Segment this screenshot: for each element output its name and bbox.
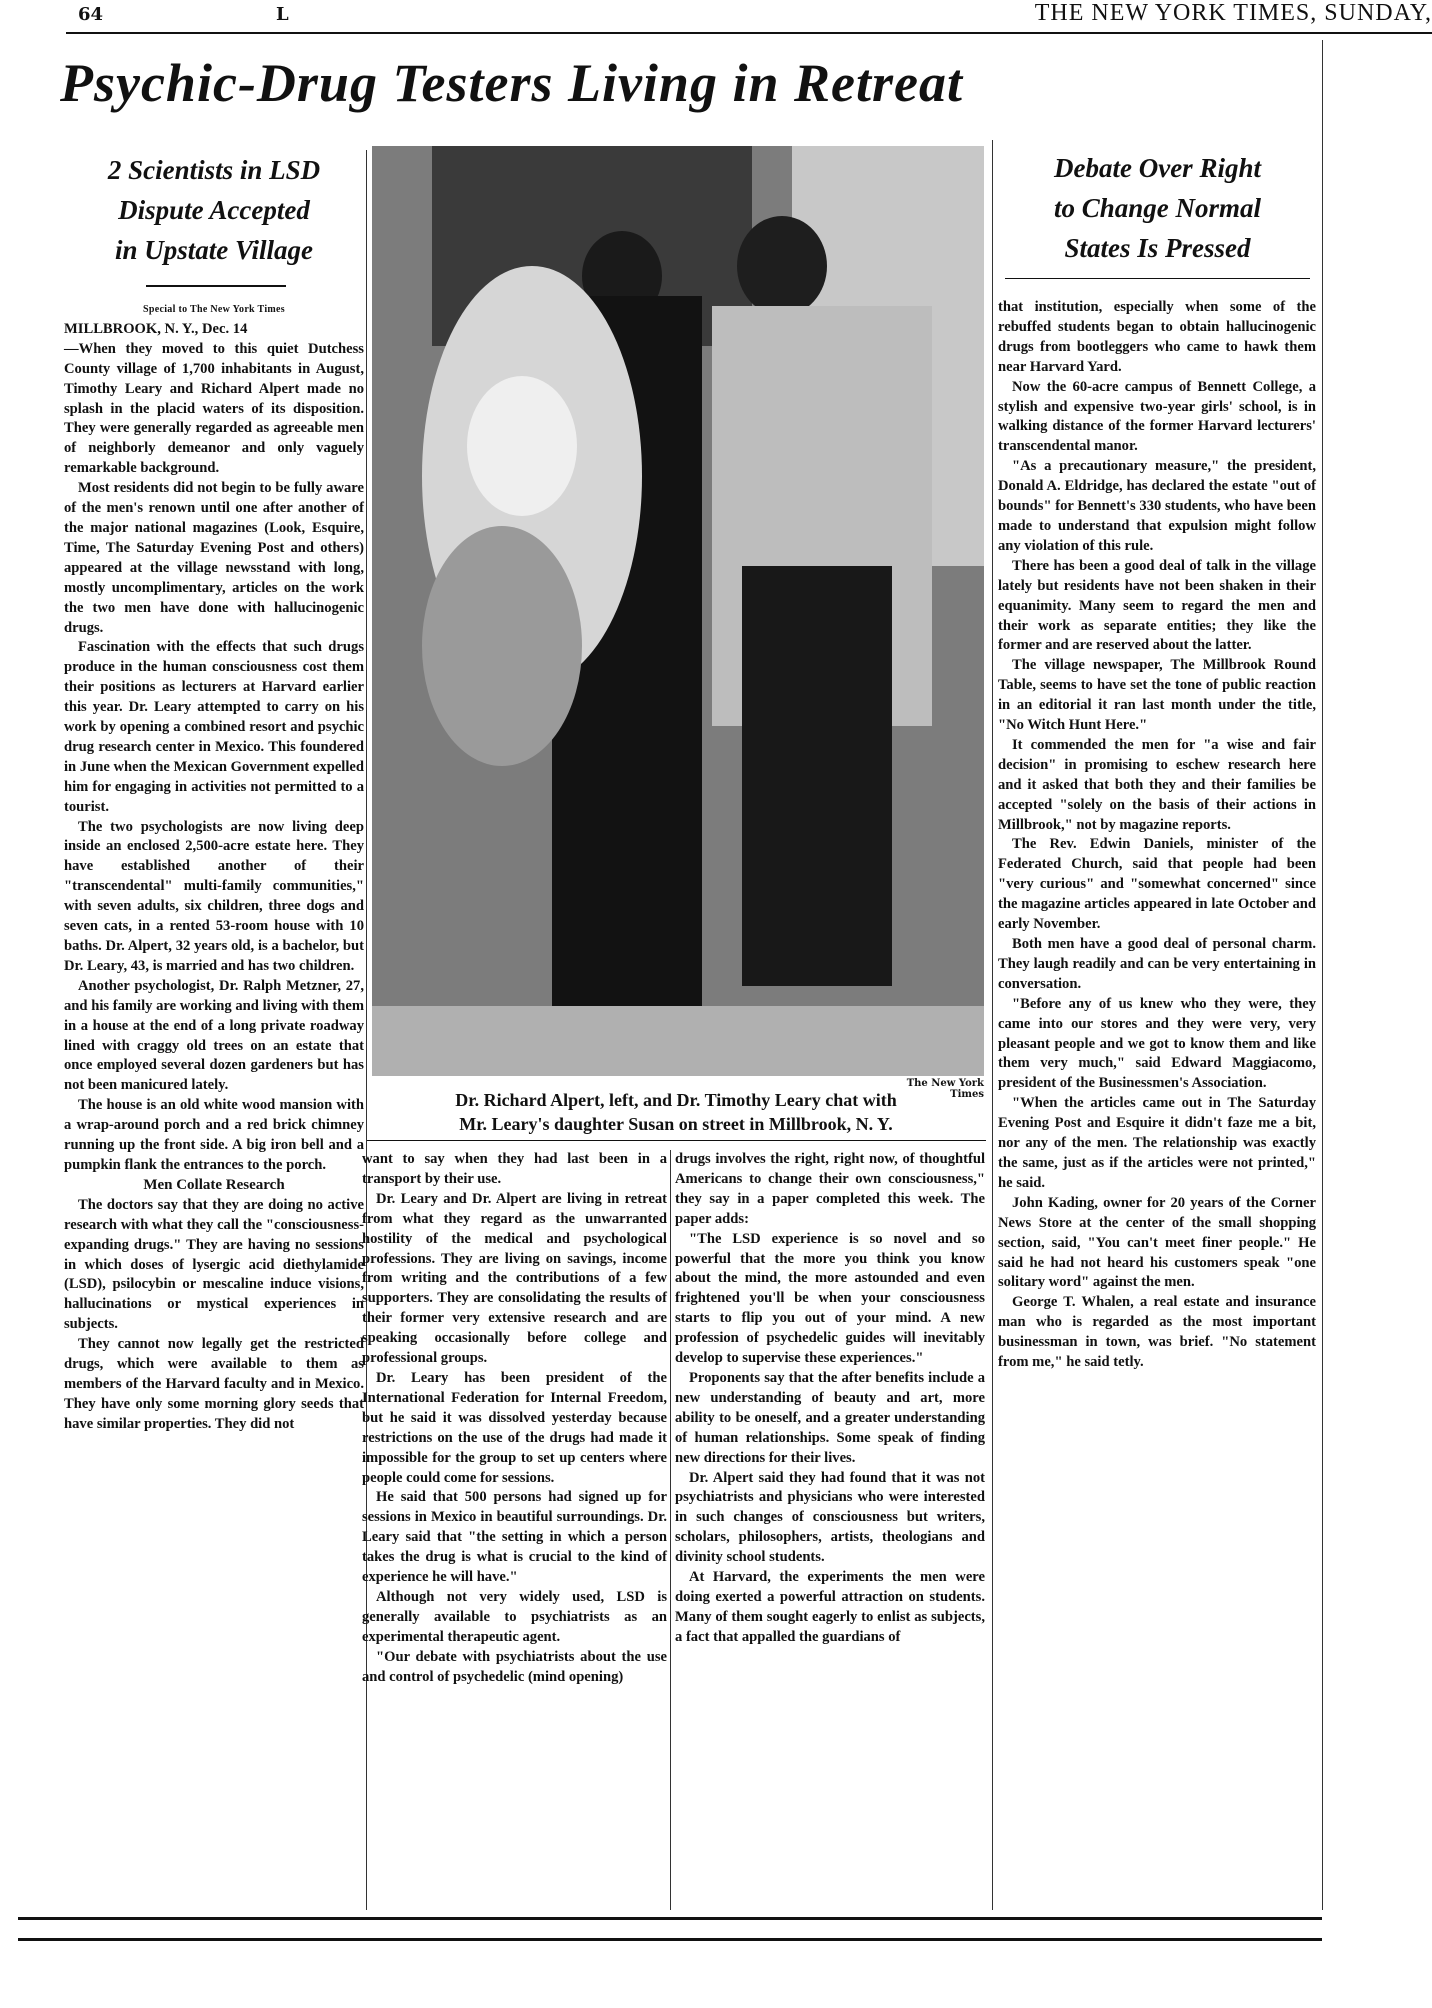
deck-left-line-1: 2 Scientists in LSD: [64, 150, 364, 190]
special-credit: Special to The New York Times: [64, 300, 364, 320]
col4-para-7: The Rev. Edwin Daniels, minister of the …: [998, 835, 1316, 935]
col2-para-4: He said that 500 persons had signed up f…: [362, 1488, 667, 1588]
deck-rule-left: [146, 285, 286, 287]
column-3: drugs involves the right, right now, of …: [675, 1150, 985, 1648]
deck-rule-right: [1005, 278, 1310, 279]
col4-para-9: "Before any of us knew who they were, th…: [998, 995, 1316, 1095]
col3-para-4: Dr. Alpert said they had found that it w…: [675, 1469, 985, 1569]
col3-para-3: Proponents say that the after benefits i…: [675, 1369, 985, 1469]
deck-right-line-1: Debate Over Right: [1000, 148, 1315, 188]
col4-para-11: John Kading, owner for 20 years of the C…: [998, 1194, 1316, 1294]
col1-para-4: The two psychologists are now living dee…: [64, 818, 364, 977]
caption-line-1: Dr. Richard Alpert, left, and Dr. Timoth…: [366, 1088, 986, 1112]
bottom-rule-2: [18, 1938, 1322, 1941]
column-2: want to say when they had last been in a…: [362, 1150, 667, 1687]
col2-para-1: want to say when they had last been in a…: [362, 1150, 667, 1190]
col4-para-10: "When the articles came out in The Satur…: [998, 1094, 1316, 1194]
col4-para-2: Now the 60-acre campus of Bennett Colleg…: [998, 378, 1316, 458]
deck-right-line-2: to Change Normal: [1000, 188, 1315, 228]
col1-para-8: They cannot now legally get the restrict…: [64, 1335, 364, 1435]
col2-para-3: Dr. Leary has been president of the Inte…: [362, 1369, 667, 1488]
column-4: that institution, especially when some o…: [998, 298, 1316, 1373]
column-divider-2: [670, 1150, 671, 1910]
dateline: MILLBROOK, N. Y., Dec. 14: [64, 321, 247, 337]
news-photo: [372, 146, 984, 1076]
deck-right-line-3: States Is Pressed: [1000, 228, 1315, 268]
col4-para-3: "As a precautionary measure," the presid…: [998, 457, 1316, 557]
photo-caption: Dr. Richard Alpert, left, and Dr. Timoth…: [366, 1088, 986, 1136]
deck-left-line-2: Dispute Accepted: [64, 190, 364, 230]
col3-para-1: drugs involves the right, right now, of …: [675, 1150, 985, 1230]
col4-para-4: There has been a good deal of talk in th…: [998, 557, 1316, 657]
deck-left-line-3: in Upstate Village: [64, 230, 364, 270]
left-deck: 2 Scientists in LSD Dispute Accepted in …: [64, 150, 364, 270]
bottom-rule-1: [18, 1917, 1322, 1920]
col1-para-7: The doctors say that they are doing no a…: [64, 1196, 364, 1335]
top-rule: [66, 32, 1432, 34]
photo-image: [372, 146, 984, 1076]
col1-para-1: —When they moved to this quiet Dutchess …: [64, 340, 364, 479]
col1-para-6: The house is an old white wood mansion w…: [64, 1096, 364, 1176]
col1-para-2: Most residents did not begin to be fully…: [64, 479, 364, 638]
col1-para-3: Fascination with the effects that such d…: [64, 638, 364, 817]
edition-mark: L: [276, 4, 289, 25]
page-number: 64: [78, 4, 103, 25]
caption-rule: [366, 1140, 986, 1141]
right-edge-rule: [1322, 40, 1323, 1910]
col1-para-5: Another psychologist, Dr. Ralph Metzner,…: [64, 977, 364, 1096]
right-deck: Debate Over Right to Change Normal State…: [1000, 148, 1315, 268]
caption-line-2: Mr. Leary's daughter Susan on street in …: [366, 1112, 986, 1136]
col4-para-1: that institution, especially when some o…: [998, 298, 1316, 378]
masthead: THE NEW YORK TIMES, SUNDAY,: [1035, 0, 1432, 27]
col3-para-5: At Harvard, the experiments the men were…: [675, 1568, 985, 1648]
col4-para-5: The village newspaper, The Millbrook Rou…: [998, 656, 1316, 736]
column-1: Special to The New York Times MILLBROOK,…: [64, 300, 364, 1435]
subhead: Men Collate Research: [64, 1176, 364, 1196]
column-divider-3: [992, 140, 993, 1910]
col2-para-5: Although not very widely used, LSD is ge…: [362, 1588, 667, 1648]
col4-para-6: It commended the men for "a wise and fai…: [998, 736, 1316, 836]
col4-para-12: George T. Whalen, a real estate and insu…: [998, 1293, 1316, 1373]
headline: Psychic-Drug Testers Living in Retreat: [60, 52, 1322, 114]
col3-para-2: "The LSD experience is so novel and so p…: [675, 1230, 985, 1369]
col4-para-8: Both men have a good deal of personal ch…: [998, 935, 1316, 995]
col2-para-2: Dr. Leary and Dr. Alpert are living in r…: [362, 1190, 667, 1369]
col2-para-6: "Our debate with psychiatrists about the…: [362, 1648, 667, 1688]
